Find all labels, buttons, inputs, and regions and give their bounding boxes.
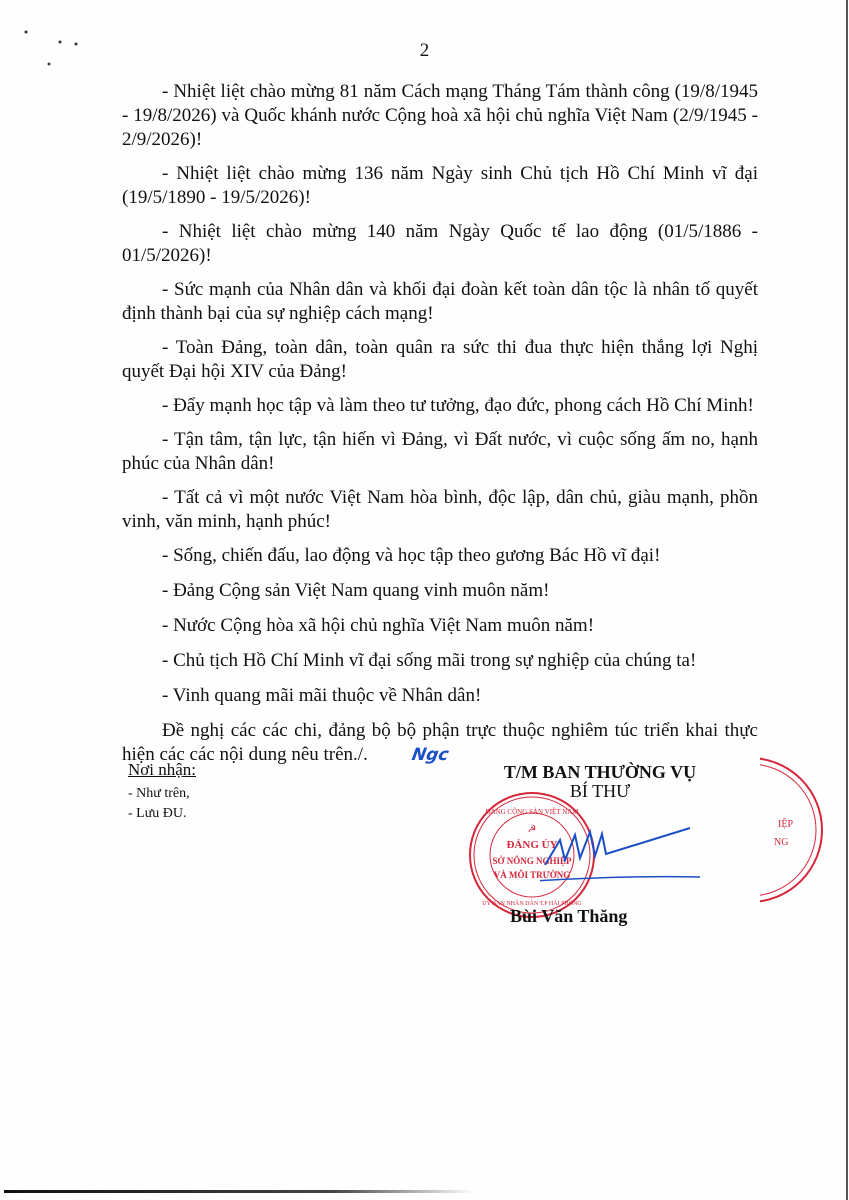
- recipients-title: Nơi nhận:: [128, 760, 196, 780]
- svg-text:NG: NG: [774, 837, 788, 848]
- svg-text:☭: ☭: [528, 824, 537, 835]
- handwritten-initials: Ngc: [370, 743, 451, 767]
- slogan-paragraph: - Nhiệt liệt chào mừng 136 năm Ngày sinh…: [122, 162, 758, 210]
- slogan-paragraph: - Đảng Cộng sản Việt Nam quang vinh muôn…: [122, 579, 758, 603]
- svg-text:IỆP: IỆP: [778, 818, 793, 830]
- recipient-item: - Lưu ĐU.: [128, 804, 196, 824]
- scan-edge-line: [4, 1190, 474, 1193]
- closing-paragraph: Đề nghị các các chi, đảng bộ bộ phận trự…: [122, 719, 758, 767]
- slogan-paragraph: - Chủ tịch Hồ Chí Minh vĩ đại sống mãi t…: [122, 649, 758, 673]
- signer-name: Bùi Văn Thăng: [510, 906, 627, 927]
- slogan-paragraph: - Nhiệt liệt chào mừng 81 năm Cách mạng …: [122, 80, 758, 152]
- page-number: 2: [0, 40, 849, 62]
- partial-stamp-icon: IỆP NG: [760, 745, 849, 915]
- slogan-paragraph: - Sống, chiến đấu, lao động và học tập t…: [122, 544, 758, 568]
- signer-organization: T/M BAN THƯỜNG VỤ: [440, 762, 760, 783]
- document-body: - Nhiệt liệt chào mừng 81 năm Cách mạng …: [122, 80, 758, 777]
- handwritten-signature: [540, 820, 710, 890]
- recipient-item: - Như trên,: [128, 784, 196, 804]
- slogan-paragraph: - Tất cả vì một nước Việt Nam hòa bình, …: [122, 486, 758, 534]
- slogan-paragraph: - Nhiệt liệt chào mừng 140 năm Ngày Quốc…: [122, 220, 758, 268]
- slogan-paragraph: - Sức mạnh của Nhân dân và khối đại đoàn…: [122, 278, 758, 326]
- slogan-paragraph: - Tận tâm, tận lực, tận hiến vì Đảng, vì…: [122, 428, 758, 476]
- slogan-paragraph: - Vinh quang mãi mãi thuộc về Nhân dân!: [122, 684, 758, 708]
- slogan-paragraph: - Toàn Đảng, toàn dân, toàn quân ra sức …: [122, 336, 758, 384]
- slogan-paragraph: - Đẩy mạnh học tập và làm theo tư tưởng,…: [122, 394, 758, 418]
- recipients-block: Nơi nhận: - Như trên, - Lưu ĐU.: [128, 760, 196, 824]
- scan-edge-line: [846, 0, 848, 1200]
- slogan-paragraph: - Nước Cộng hòa xã hội chủ nghĩa Việt Na…: [122, 614, 758, 638]
- svg-text:ĐẢNG CỘNG SẢN VIỆT NAM: ĐẢNG CỘNG SẢN VIỆT NAM: [485, 808, 579, 816]
